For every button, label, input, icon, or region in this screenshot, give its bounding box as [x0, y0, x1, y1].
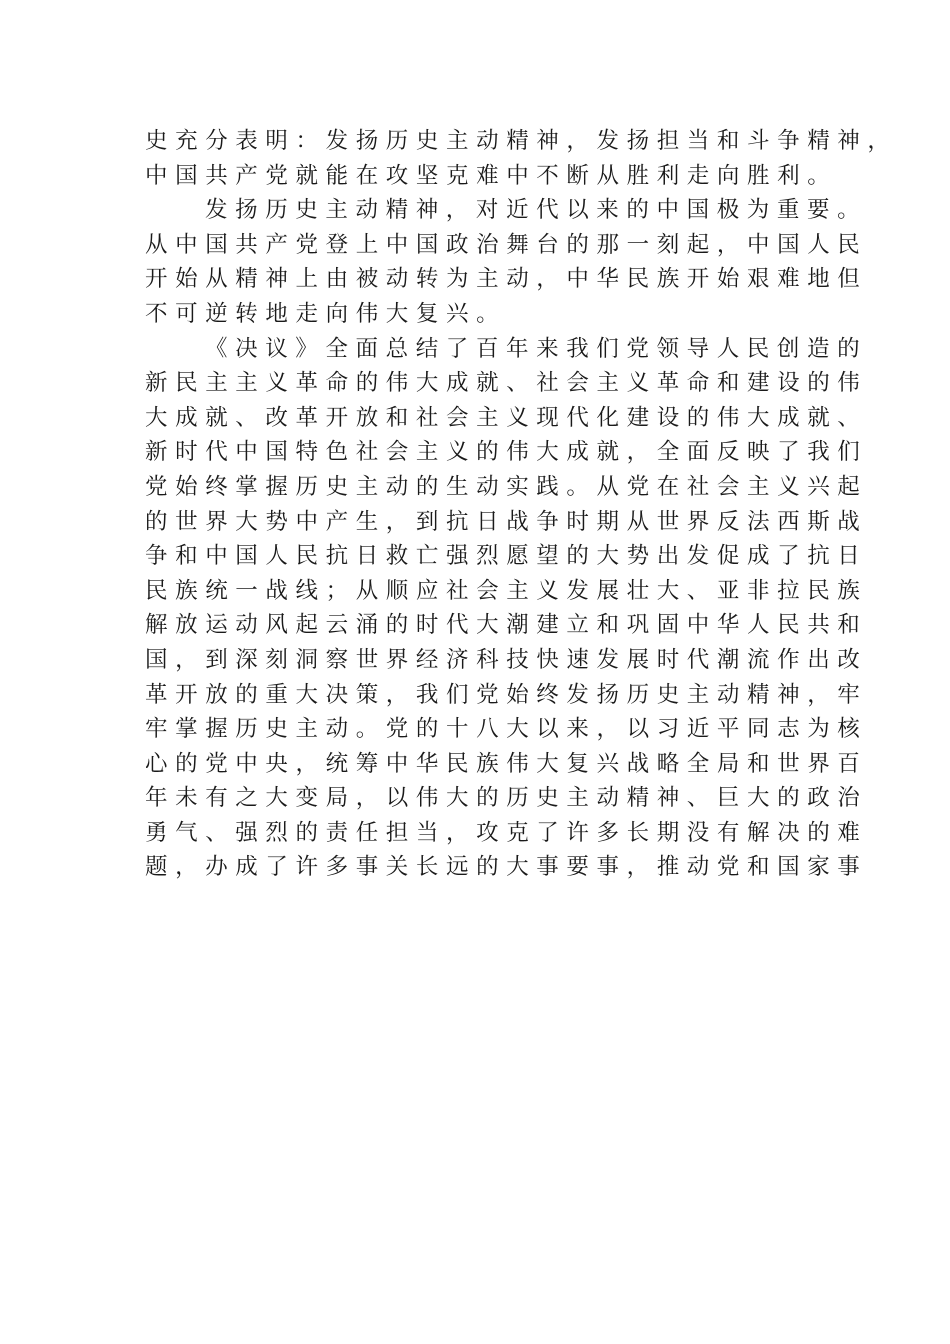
text-line: 革开放的重大决策，我们党始终发扬历史主动精神，牢 — [145, 678, 809, 713]
text-line: 国，到深刻洞察世界经济科技快速发展时代潮流作出改 — [145, 643, 809, 678]
text-line: 争和中国人民抗日救亡强烈愿望的大势出发促成了抗日 — [145, 539, 809, 574]
paragraph-1: 史充分表明：发扬历史主动精神，发扬担当和斗争精神， 中国共产党就能在攻坚克难中不… — [145, 124, 809, 193]
text-line: 年未有之大变局，以伟大的历史主动精神、巨大的政治 — [145, 781, 809, 816]
text-line: 新民主主义革命的伟大成就、社会主义革命和建设的伟 — [145, 366, 809, 401]
text-line: 题，办成了许多事关长远的大事要事，推动党和国家事 — [145, 850, 809, 885]
text-line: 不可逆转地走向伟大复兴。 — [145, 297, 809, 332]
body-text: 史充分表明：发扬历史主动精神，发扬担当和斗争精神， 中国共产党就能在攻坚克难中不… — [145, 124, 809, 885]
text-line: 新时代中国特色社会主义的伟大成就，全面反映了我们 — [145, 435, 809, 470]
text-line: 发扬历史主动精神，对近代以来的中国极为重要。 — [145, 193, 809, 228]
text-line: 开始从精神上由被动转为主动，中华民族开始艰难地但 — [145, 262, 809, 297]
text-line: 解放运动风起云涌的时代大潮建立和巩固中华人民共和 — [145, 608, 809, 643]
text-line: 从中国共产党登上中国政治舞台的那一刻起，中国人民 — [145, 228, 809, 263]
text-line: 党始终掌握历史主动的生动实践。从党在社会主义兴起 — [145, 470, 809, 505]
text-line: 勇气、强烈的责任担当，攻克了许多长期没有解决的难 — [145, 816, 809, 851]
paragraph-2: 发扬历史主动精神，对近代以来的中国极为重要。 从中国共产党登上中国政治舞台的那一… — [145, 193, 809, 331]
text-line: 史充分表明：发扬历史主动精神，发扬担当和斗争精神， — [145, 124, 809, 159]
text-line: 大成就、改革开放和社会主义现代化建设的伟大成就、 — [145, 401, 809, 436]
text-line: 民族统一战线；从顺应社会主义发展壮大、亚非拉民族 — [145, 574, 809, 609]
document-page: 史充分表明：发扬历史主动精神，发扬担当和斗争精神， 中国共产党就能在攻坚克难中不… — [0, 0, 950, 1344]
text-line: 的世界大势中产生，到抗日战争时期从世界反法西斯战 — [145, 505, 809, 540]
paragraph-3: 《决议》全面总结了百年来我们党领导人民创造的 新民主主义革命的伟大成就、社会主义… — [145, 332, 809, 886]
text-line: 心的党中央，统筹中华民族伟大复兴战略全局和世界百 — [145, 747, 809, 782]
text-line: 牢掌握历史主动。党的十八大以来，以习近平同志为核 — [145, 712, 809, 747]
text-line: 中国共产党就能在攻坚克难中不断从胜利走向胜利。 — [145, 159, 809, 194]
text-line: 《决议》全面总结了百年来我们党领导人民创造的 — [145, 332, 809, 367]
